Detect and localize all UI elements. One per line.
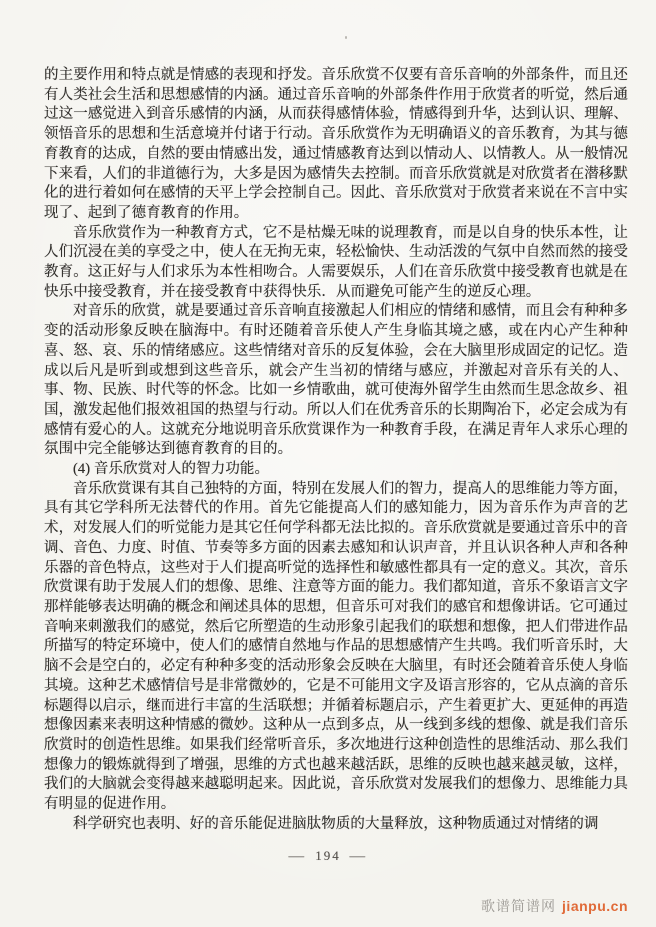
section-heading-intellectual-function: (4) 音乐欣赏对人的智力功能。 [44, 460, 628, 480]
page-body-text: 的主要作用和特点就是情感的表现和抒发。音乐欣赏不仅要有音乐音响的外部条件，而且还… [44, 66, 628, 834]
page-number: 194 [315, 848, 341, 863]
footer-dash-left: — [289, 848, 307, 864]
watermark-site-url: jianpu.cn [562, 898, 628, 914]
body-paragraph: 对音乐的欣赏，就是要通过音乐音响直接激起人们相应的情绪和感情，而且会有种种多变的… [44, 302, 628, 460]
page-footer: —194— [0, 848, 656, 864]
body-paragraph-trailing: 科学研究也表明、好的音乐能促进脑肽物质的大量释放，这种物质通过对情绪的调 [44, 815, 628, 835]
watermark: 歌谱简谱网jianpu.cn [481, 896, 628, 916]
body-paragraph-continuation: 的主要作用和特点就是情感的表现和抒发。音乐欣赏不仅要有音乐音响的外部条件，而且还… [44, 66, 628, 224]
body-paragraph: 音乐欣赏课有其自己独特的方面，特别在发展人们的智力，提高人的思维能力等方面，具有… [44, 480, 628, 815]
scan-artifact-speck [345, 36, 347, 39]
watermark-site-name: 歌谱简谱网 [481, 898, 556, 914]
body-paragraph: 音乐欣赏作为一种教育方式，它不是枯燥无味的说理教育，而是以自身的快乐本性，让人们… [44, 224, 628, 303]
scanned-book-page: 的主要作用和特点就是情感的表现和抒发。音乐欣赏不仅要有音乐音响的外部条件，而且还… [0, 0, 656, 927]
footer-dash-right: — [349, 848, 367, 864]
